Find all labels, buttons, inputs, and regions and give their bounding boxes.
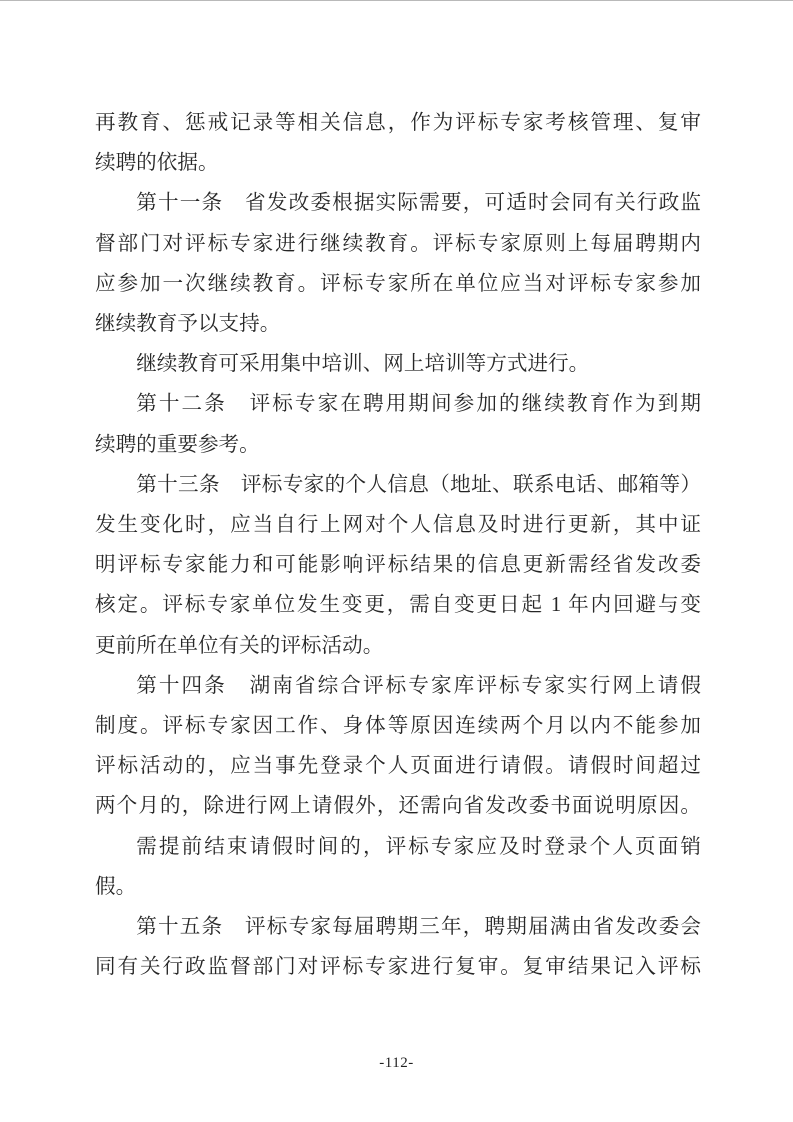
paragraph: 第十二条 评标专家在聘用期间参加的继续教育作为到期续聘的重要参考。 bbox=[95, 384, 701, 464]
text-line: 两个月的，除进行网上请假外，还需向省发改委书面说明原因。 bbox=[95, 786, 701, 826]
paragraph: 继续教育可采用集中培训、网上培训等方式进行。 bbox=[95, 344, 701, 384]
page-number: -112- bbox=[0, 1053, 793, 1073]
text-line: 核定。评标专家单位发生变更，需自变更日起 1 年内回避与变 bbox=[95, 585, 701, 625]
text-line: 明评标专家能力和可能影响评标结果的信息更新需经省发改委 bbox=[95, 545, 701, 585]
document-page: 再教育、惩戒记录等相关信息，作为评标专家考核管理、复审续聘的依据。第十一条 省发… bbox=[0, 0, 793, 1122]
text-line: 评标活动的，应当事先登录个人页面进行请假。请假时间超过 bbox=[95, 746, 701, 786]
text-line: 需提前结束请假时间的，评标专家应及时登录个人页面销 bbox=[95, 827, 701, 867]
document-body: 再教育、惩戒记录等相关信息，作为评标专家考核管理、复审续聘的依据。第十一条 省发… bbox=[95, 103, 701, 987]
paragraph: 需提前结束请假时间的，评标专家应及时登录个人页面销假。 bbox=[95, 827, 701, 907]
text-line: 继续教育予以支持。 bbox=[95, 304, 701, 344]
text-line: 第十二条 评标专家在聘用期间参加的继续教育作为到期 bbox=[95, 384, 701, 424]
text-line: 应参加一次继续教育。评标专家所在单位应当对评标专家参加 bbox=[95, 264, 701, 304]
text-line: 第十三条 评标专家的个人信息（地址、联系电话、邮箱等） bbox=[95, 465, 701, 505]
text-line: 继续教育可采用集中培训、网上培训等方式进行。 bbox=[95, 344, 701, 384]
text-line: 续聘的重要参考。 bbox=[95, 425, 701, 465]
paragraph: 第十五条 评标专家每届聘期三年，聘期届满由省发改委会同有关行政监督部门对评标专家… bbox=[95, 907, 701, 987]
text-line: 续聘的依据。 bbox=[95, 143, 701, 183]
paragraph: 再教育、惩戒记录等相关信息，作为评标专家考核管理、复审续聘的依据。 bbox=[95, 103, 701, 183]
text-line: 第十一条 省发改委根据实际需要，可适时会同有关行政监 bbox=[95, 183, 701, 223]
text-line: 第十五条 评标专家每届聘期三年，聘期届满由省发改委会 bbox=[95, 907, 701, 947]
text-line: 发生变化时，应当自行上网对个人信息及时进行更新，其中证 bbox=[95, 505, 701, 545]
page-top-edge-line bbox=[0, 0, 793, 1]
text-line: 再教育、惩戒记录等相关信息，作为评标专家考核管理、复审 bbox=[95, 103, 701, 143]
paragraph: 第十四条 湖南省综合评标专家库评标专家实行网上请假制度。评标专家因工作、身体等原… bbox=[95, 666, 701, 827]
text-line: 督部门对评标专家进行继续教育。评标专家原则上每届聘期内 bbox=[95, 224, 701, 264]
text-line: 更前所在单位有关的评标活动。 bbox=[95, 626, 701, 666]
text-line: 制度。评标专家因工作、身体等原因连续两个月以内不能参加 bbox=[95, 706, 701, 746]
paragraph: 第十三条 评标专家的个人信息（地址、联系电话、邮箱等）发生变化时，应当自行上网对… bbox=[95, 465, 701, 666]
text-line: 假。 bbox=[95, 867, 701, 907]
paragraph: 第十一条 省发改委根据实际需要，可适时会同有关行政监督部门对评标专家进行继续教育… bbox=[95, 183, 701, 344]
text-line: 第十四条 湖南省综合评标专家库评标专家实行网上请假 bbox=[95, 666, 701, 706]
text-line: 同有关行政监督部门对评标专家进行复审。复审结果记入评标 bbox=[95, 947, 701, 987]
